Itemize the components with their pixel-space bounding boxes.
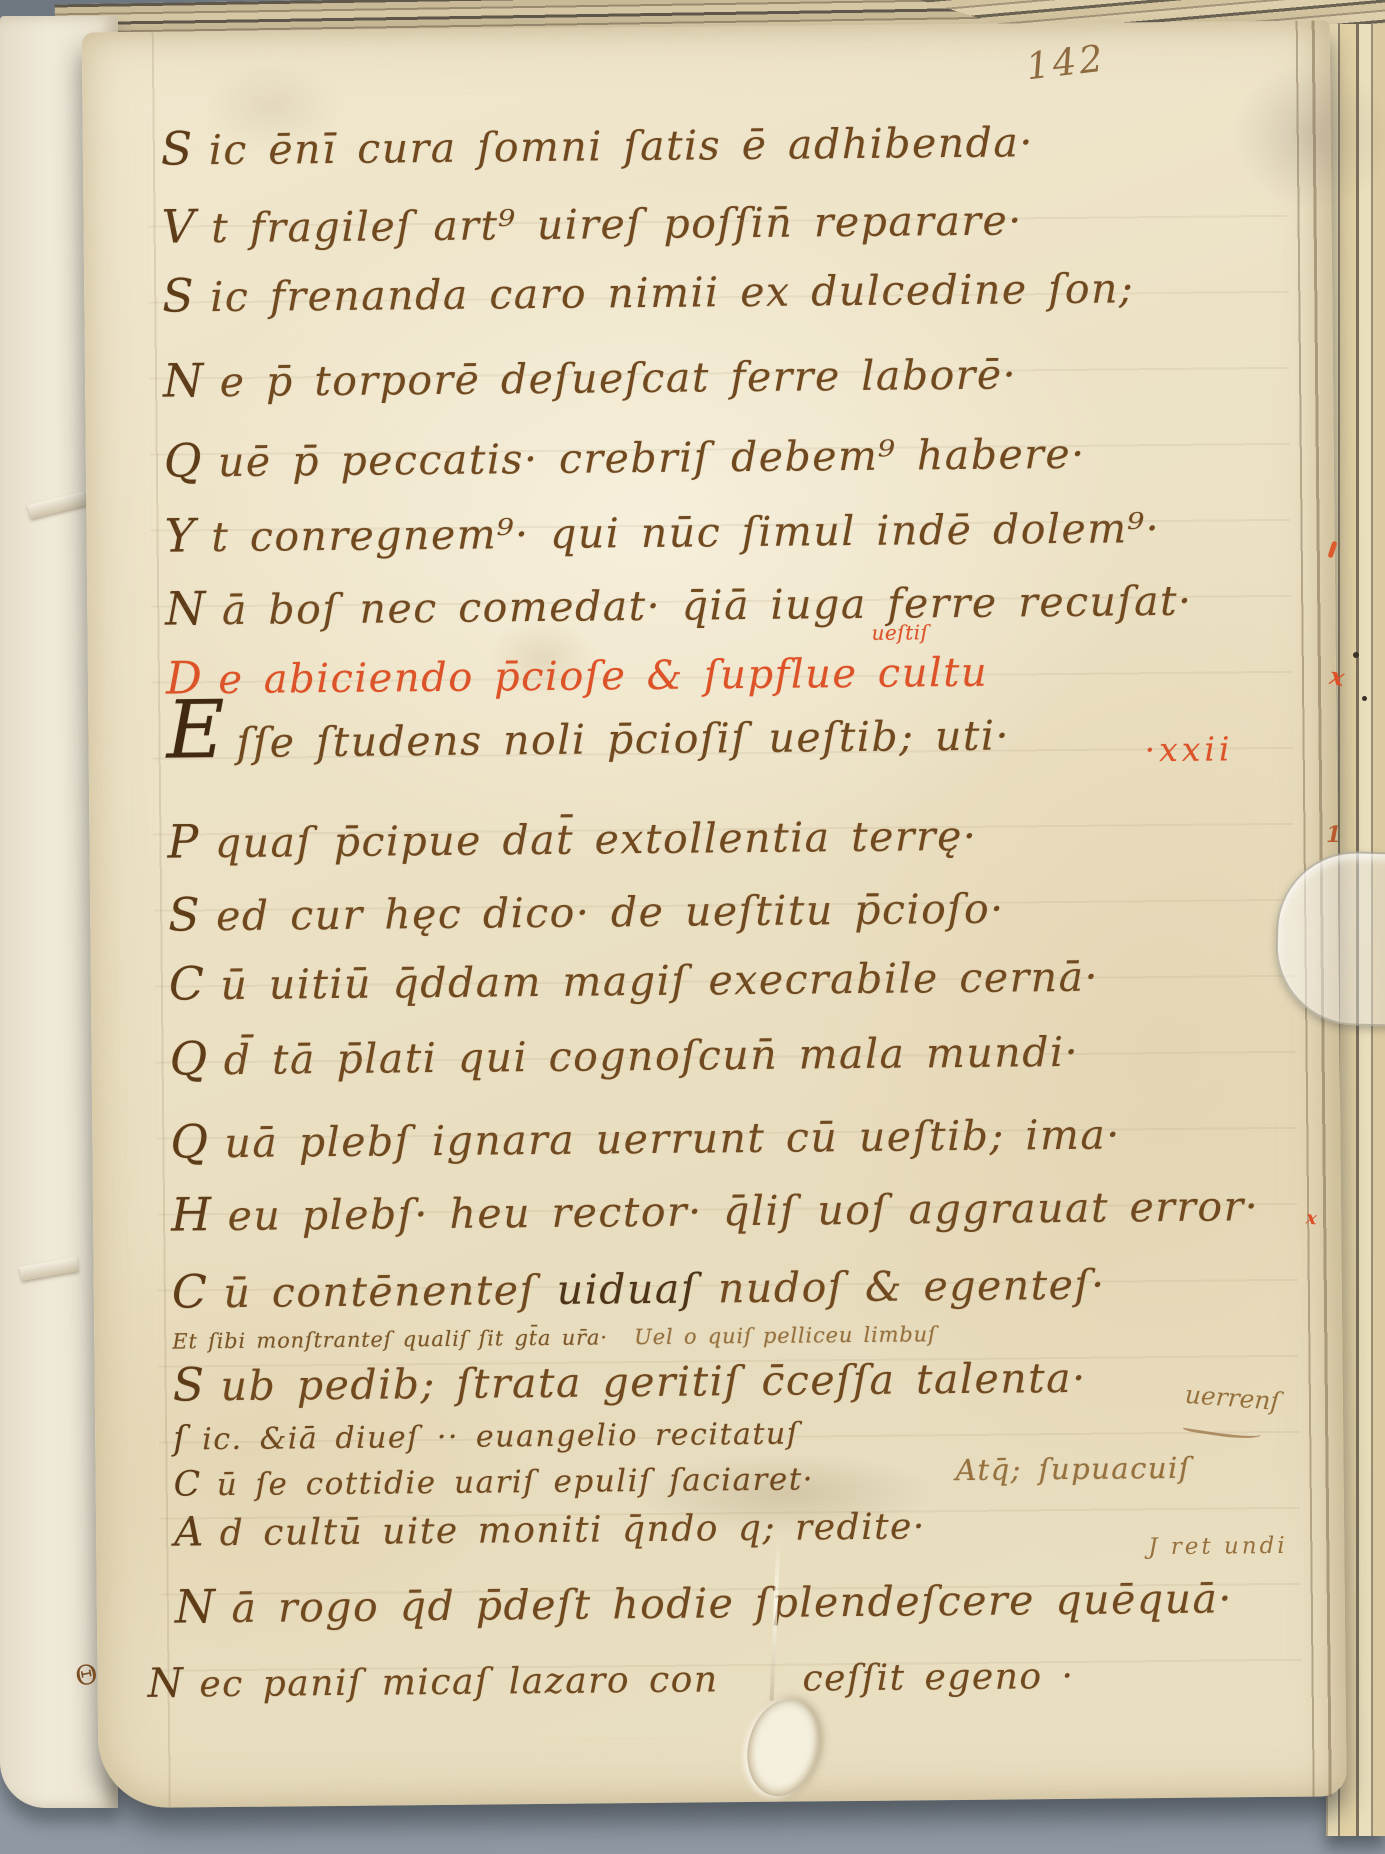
versal-initial: C — [169, 956, 206, 1010]
verse-line: Nec paniſ micaſ lazaro conceſſit egeno · — [147, 1651, 1074, 1707]
fore-edge-dot — [1362, 696, 1367, 701]
versal-initial: C — [173, 1464, 201, 1504]
verse-text: t conregnem⁹· qui nūc ſimul indē dolem⁹· — [211, 504, 1160, 561]
parchment-hole — [738, 1692, 829, 1804]
verse-text: ic ēnī cura ſomni ſatis ē adhibenda· — [209, 118, 1035, 174]
verse-line: Nā boſ nec comedat· q̄iā iuga ferre recu… — [165, 572, 1193, 636]
verse-line: Sic ēnī cura ſomni ſatis ē adhibenda· — [161, 113, 1035, 175]
verse-text: ū uitiū q̄ddam magiſ execrabile cernā· — [220, 953, 1099, 1009]
versal-initial: ſ — [173, 1418, 187, 1457]
verse-text: nudoſ & egenteſ· — [697, 1261, 1106, 1313]
verse-line: Sub pedib; ſtrata geritiſ c̄ceſſa talent… — [172, 1349, 1086, 1412]
verse-text: ſſe ſtudens noli p̄cioſiſ ueſtib; uti· — [236, 712, 1010, 767]
verse-text: ub pedib; ſtrata geritiſ c̄ceſſa talenta… — [220, 1354, 1086, 1410]
fore-edge-dot — [1353, 652, 1359, 658]
verse-text: eu plebſ· heu rector· q̄liſ uoſ aggrauat… — [227, 1182, 1259, 1240]
margin-flourish — [1183, 1418, 1262, 1442]
verse-line: Pquaſ p̄cipue dat̄ extollentia terrę· — [167, 807, 977, 869]
versal-initial: N — [163, 353, 205, 407]
verse-line: Ad cultū uite moniti q̄ndo q; redite· — [174, 1501, 926, 1555]
verse-text: ed cur hęc dico· de ueſtitu p̄cioſo· — [216, 885, 1005, 941]
verse-line: Nā rogo q̄d p̄deſt hodie ſplendeſcere qu… — [175, 1569, 1234, 1633]
verse-text: ā rogo q̄d p̄deſt hodie ſplendeſcere quē… — [231, 1574, 1233, 1632]
versal-initial: S — [168, 887, 201, 941]
verse-line: Quē p̄ peccatis· crebriſ debem⁹ habere· — [164, 425, 1086, 488]
verse-text: ic. &iā diueſ ·· euangelio recitatuſ — [202, 1417, 800, 1458]
margin-note: J ret undi — [1148, 1533, 1288, 1560]
versal-initial: P — [167, 814, 200, 868]
verse-text: ceſſit egeno · — [802, 1656, 1074, 1700]
verse-text: uā plebſ ignara uerrunt cū ueſtib; ima· — [224, 1110, 1121, 1167]
verse-text: ā boſ nec comedat· q̄iā iuga ferre recuſ… — [222, 577, 1193, 634]
manuscript-photo: 142 Sic ēnī cura ſomni ſatis ē adhibenda… — [0, 0, 1385, 1854]
chapter-number: ·xxii — [1144, 729, 1233, 769]
versal-initial: N — [147, 1659, 184, 1706]
verse-line: Sic frenanda caro nimii ex dulcedine ſon… — [162, 259, 1134, 322]
verse-line: Quā plebſ ignara uerrunt cū ueſtib; ima· — [170, 1105, 1121, 1168]
versal-initial: S — [161, 121, 194, 175]
versal-initial: N — [165, 581, 207, 635]
rubric-line: De abiciendo p̄cioſe & ſupflue cultu ueſ… — [166, 644, 989, 705]
fore-edge-fragment: 1 — [1326, 822, 1341, 848]
versal-initial: S — [172, 1357, 205, 1411]
verse-line: Sed cur hęc dico· de ueſtitu p̄cioſo· — [168, 880, 1005, 942]
versal-initial: Q — [169, 1031, 209, 1085]
verse-text: d cultū uite moniti q̄ndo q; redite· — [220, 1506, 926, 1554]
verse-text: d̄ tā p̄lati qui cognoſcun̄ mala mundi· — [223, 1028, 1079, 1084]
verse-line: Ne p̄ torporē deſueſcat ferre laborē· — [163, 345, 1018, 407]
versal-initial: H — [171, 1187, 213, 1241]
rubric-text: e abiciendo p̄cioſe & ſupflue cultu — [218, 650, 988, 703]
verse-text: ic frenanda caro nimii ex dulcedine ſon; — [210, 264, 1134, 321]
verse-line: Eſſe ſtudens noli p̄cioſiſ ueſtib; uti· — [166, 712, 1010, 768]
rubric-superscript: ueſtiſ — [871, 620, 928, 645]
versal-initial: C — [172, 1264, 209, 1318]
line-continuation: Atq̄; ſupuacuiſ — [955, 1451, 1191, 1487]
verse-line: ſic. &iā diueſ ·· euangelio recitatuſ — [173, 1413, 800, 1458]
margin-note: uerrenſ — [1184, 1380, 1281, 1416]
verse-text: ū ſe cottidie uariſ epuliſ ſaciaret· — [217, 1461, 815, 1503]
verse-text: ū contēnenteſ — [223, 1266, 557, 1317]
versal-initial: V — [161, 199, 196, 253]
verse-text: uē p̄ peccatis· crebriſ debem⁹ habere· — [218, 430, 1086, 486]
versal-initial: Y — [164, 508, 196, 562]
inserted-word: uiduaſ — [556, 1265, 697, 1314]
verse-line: Qd̄ tā p̄lati qui cognoſcun̄ mala mundi· — [169, 1023, 1079, 1086]
interlinear-gloss: Et ſibi monſtranteſ qualiſ ſit gt̄a ur̄a… — [172, 1322, 936, 1353]
versal-initial: Q — [170, 1114, 210, 1168]
verse-text: t fragileſ art⁹ uireſ poſſin̄ reparare· — [211, 196, 1023, 252]
folio-number: 142 — [1024, 37, 1108, 89]
gloss-text: Et ſibi monſtranteſ qualiſ ſit gt̄a ur̄a… — [172, 1325, 608, 1353]
margin-x-mark: x — [1305, 1207, 1318, 1229]
versal-initial: Q — [164, 433, 204, 487]
verse-text: quaſ p̄cipue dat̄ extollentia terrę· — [215, 812, 978, 867]
verse-text: ec paniſ micaſ lazaro con — [199, 1659, 719, 1705]
versal-initial: N — [175, 1579, 217, 1633]
verse-line: Yt conregnem⁹· qui nūc ſimul indē dolem⁹… — [164, 499, 1160, 563]
verse-line: Cū ſe cottidie uariſ epuliſ ſaciaret· At… — [173, 1458, 814, 1504]
verse-line: Vt fragileſ art⁹ uireſ poſſin̄ reparare· — [161, 191, 1023, 253]
versal-initial-large: E — [166, 730, 226, 731]
gloss-text: Uel o quiſ pelliceu limbuſ — [634, 1322, 936, 1349]
text-gap-around-hole — [719, 1691, 803, 1692]
verse-line: Cū contēnenteſ uiduaſ nudoſ & egenteſ· — [172, 1256, 1106, 1319]
versal-initial: S — [162, 268, 195, 322]
versal-initial: A — [174, 1508, 205, 1555]
verse-line: Cū uitiū q̄ddam magiſ execrabile cernā· — [169, 948, 1100, 1011]
verse-text: e p̄ torporē deſueſcat ferre laborē· — [220, 350, 1018, 406]
verse-line: Heu plebſ· heu rector· q̄liſ uoſ aggraua… — [171, 1177, 1260, 1241]
parchment-page: 142 Sic ēnī cura ſomni ſatis ē adhibenda… — [82, 20, 1347, 1808]
